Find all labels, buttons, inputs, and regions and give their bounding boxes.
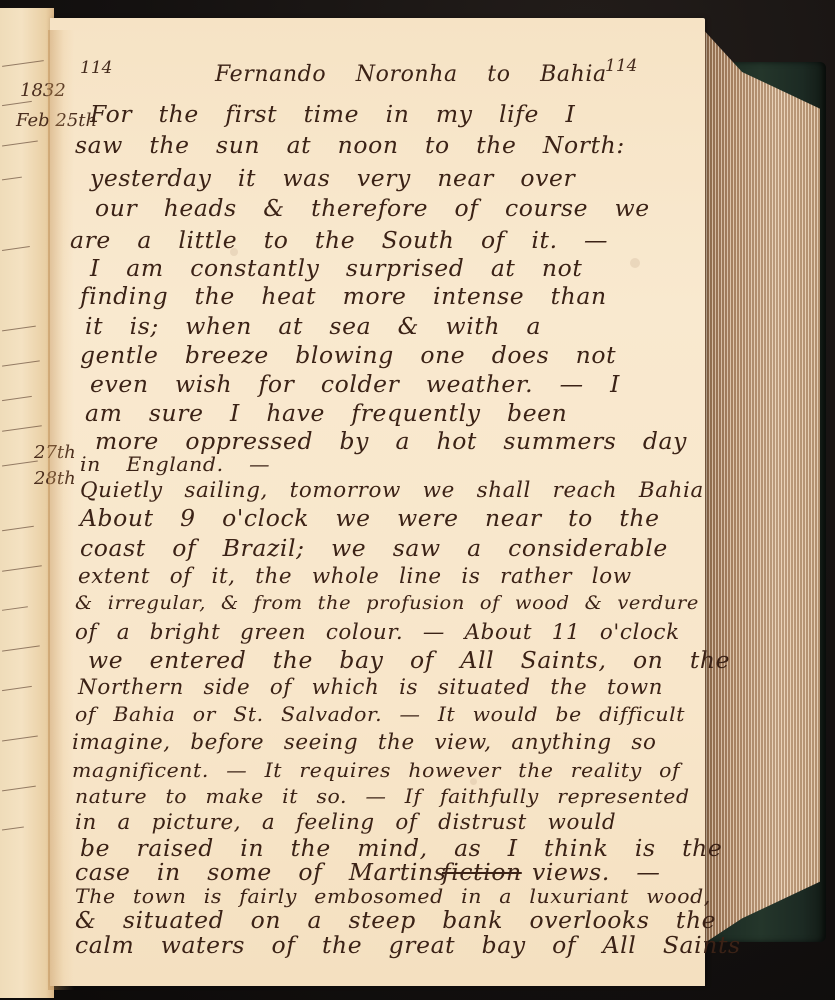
journal-line-tail: views. — <box>532 860 660 886</box>
left-page-handwriting <box>2 360 40 367</box>
journal-line: am sure I have frequently been <box>85 401 567 427</box>
page-edges <box>700 26 820 946</box>
journal-line: extent of it, the whole line is rather l… <box>78 564 632 588</box>
left-page-handwriting <box>2 60 44 68</box>
left-page-handwriting <box>2 526 34 532</box>
journal-line: Quietly sailing, tomorrow we shall reach… <box>80 478 704 502</box>
page-heading: Fernando Noronha to Bahia <box>215 62 607 87</box>
left-page-handwriting <box>2 686 32 692</box>
left-page-handwriting <box>2 606 28 612</box>
left-page-handwriting <box>2 101 32 107</box>
journal-line: For the first time in my life I <box>90 102 575 128</box>
journal-line: imagine, before seeing the view, anythin… <box>72 730 656 754</box>
journal-line: of a bright green colour. — About 11 o'c… <box>75 620 680 644</box>
left-page-sliver <box>0 8 54 998</box>
journal-page: 114 Fernando Noronha to Bahia 114 1832 F… <box>50 18 705 986</box>
journal-line: finding the heat more intense than <box>80 284 607 310</box>
journal-line: yesterday it was very near over <box>90 166 575 192</box>
journal-line: Northern side of which is situated the t… <box>78 675 663 699</box>
journal-line: are a little to the South of it. — <box>70 228 608 254</box>
journal-line: our heads & therefore of course we <box>95 196 650 222</box>
journal-line: coast of Brazil; we saw a considerable <box>80 536 668 562</box>
journal-line: case in some of Martins <box>75 860 446 886</box>
journal-line: in a picture, a feeling of distrust woul… <box>75 810 616 834</box>
journal-line: of Bahia or St. Salvador. — It would be … <box>75 702 685 726</box>
left-page-handwriting <box>2 177 22 182</box>
margin-date-feb-25: Feb 25th <box>16 110 97 131</box>
struck-through-word: fiction <box>442 860 522 886</box>
left-page-handwriting <box>2 826 24 831</box>
journal-line: in England. — <box>80 452 270 476</box>
left-page-handwriting <box>2 645 40 652</box>
left-page-handwriting <box>2 786 36 793</box>
left-page-handwriting <box>2 461 38 468</box>
left-page-handwriting <box>2 326 36 333</box>
journal-line: be raised in the mind, as I think is the <box>80 836 722 862</box>
journal-line: & situated on a steep bank overlooks the <box>75 908 716 934</box>
journal-line: gentle breeze blowing one does not <box>80 343 616 369</box>
folio-number-left: 114 <box>80 58 112 78</box>
left-page-handwriting <box>2 425 42 433</box>
left-page-handwriting <box>2 736 38 743</box>
journal-line: About 9 o'clock we were near to the <box>80 506 660 532</box>
margin-year: 1832 <box>20 80 66 101</box>
journal-line: I am constantly surprised at not <box>90 256 582 282</box>
paper-foxing <box>630 258 640 268</box>
left-page-handwriting <box>2 565 42 573</box>
left-page-handwriting <box>2 141 38 148</box>
left-page-handwriting <box>2 246 30 252</box>
journal-line: even wish for colder weather. — I <box>90 372 620 398</box>
journal-line: saw the sun at noon to the North: <box>75 133 625 159</box>
margin-date-28: 28th <box>34 468 76 489</box>
folio-number-right: 114 <box>605 56 637 76</box>
journal-line: & irregular, & from the profusion of woo… <box>75 592 699 614</box>
journal-line: The town is fairly embosomed in a luxuri… <box>75 884 711 908</box>
journal-line: nature to make it so. — If faithfully re… <box>75 784 690 808</box>
journal-line: we entered the bay of All Saints, on the <box>88 648 730 674</box>
journal-line: it is; when at sea & with a <box>85 314 541 340</box>
left-page-handwriting <box>2 396 32 402</box>
journal-line: calm waters of the great bay of All Sain… <box>75 933 741 959</box>
margin-date-27: 27th <box>34 442 76 463</box>
journal-line: magnificent. — It requires however the r… <box>72 758 680 782</box>
